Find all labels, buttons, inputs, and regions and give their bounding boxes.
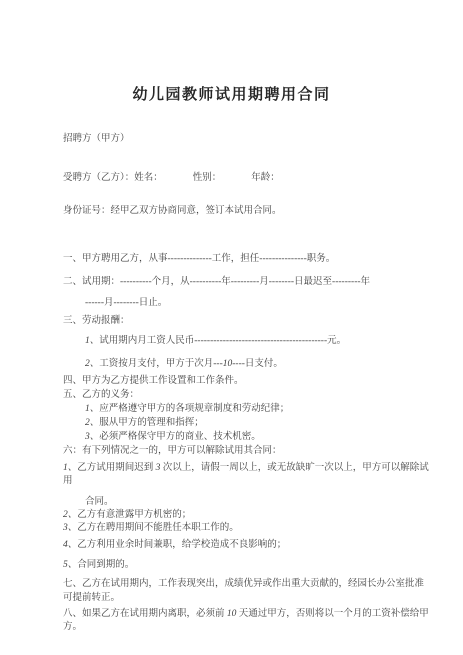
clause-3-item-2: 2、工资按月支付，甲方于次月---10----日支付。	[63, 358, 433, 371]
clause-6-item-3: 3、乙方在聘用期间不能胜任本职工作的。	[63, 522, 433, 535]
clause-6-item-1: 1、乙方试用期间迟到 3 次以上，请假一周以上，或无故缺旷一次以上，甲方可以解除…	[63, 462, 433, 488]
item-text: 必须严格保守甲方的商业、技术机密。	[99, 432, 261, 442]
clause-5-item-3: 3、必须严格保守甲方的商业、技术机密。	[63, 431, 433, 444]
clause-6-heading: 六：有下列情况之一的，甲方可以解除试用其合同：	[63, 445, 433, 458]
item-text: 应严格遵守甲方的各项规章制度和劳动纪律；	[99, 404, 289, 414]
clause-5-item-1: 1、应严格遵守甲方的各项规章制度和劳动纪律；	[63, 403, 433, 416]
item-text: 乙方利用业余时间兼职，给学校造成不良影响的；	[77, 540, 286, 550]
clause-6-item-5: 5、合同到期的。	[63, 559, 433, 572]
clause-4: 四、甲方为乙方提供工作设置和工作条件。	[63, 375, 433, 388]
contract-page: 幼儿园教师试用期聘用合同 招聘方（甲方） 受聘方（乙方）：姓名：性别：年龄： 身…	[0, 0, 463, 655]
item-marker: 2、	[63, 510, 77, 520]
clause-3-heading: 三、劳动报酬：	[63, 315, 433, 328]
clause-2-line-2: ------月--------日止。	[63, 297, 433, 310]
clause-3-item-1: 1、试用期内月工资人民币----------------------------…	[63, 335, 433, 348]
item-marker: 1、	[85, 404, 99, 414]
item-marker: 3、	[85, 432, 99, 442]
item-text: 乙方有意泄露甲方机密的；	[77, 510, 191, 520]
clause-6-item-4: 4、乙方利用业余时间兼职，给学校造成不良影响的；	[63, 539, 433, 552]
age-label: 年龄：	[251, 173, 280, 183]
gender-label: 性别：	[193, 173, 222, 183]
item-text: 试用期内月工资人民币------------------------------…	[99, 336, 346, 346]
employee-line: 受聘方（乙方）：姓名：性别：年龄：	[63, 172, 433, 185]
item-marker: 4、	[63, 540, 77, 550]
clause-5-item-2: 2、服从甲方的管理和指挥；	[63, 417, 433, 430]
item-text: 八、如果乙方在试用期内离职，必须前	[63, 609, 227, 619]
item-text: 服从甲方的管理和指挥；	[99, 418, 204, 428]
clause-6-item-2: 2、乙方有意泄露甲方机密的；	[63, 509, 433, 522]
item-text: 合同到期的。	[77, 560, 134, 570]
item-marker: 2、	[85, 359, 99, 369]
clause-6-item-1-continuation: 合同。	[63, 496, 433, 509]
clause-7: 七、乙方在试用期内，工作表现突出，成绩优异或作出重大贡献的，经园长办公室批准可提…	[63, 577, 433, 605]
item-marker: 2、	[85, 418, 99, 428]
item-marker: 3、	[63, 523, 77, 533]
clause-2-line-1: 二、试用期：----------个月，从----------年---------…	[63, 276, 433, 289]
item-marker: 1、	[63, 463, 77, 473]
item-text: 乙方在聘用期间不能胜任本职工作的。	[77, 523, 239, 533]
notice-days-number: 10	[227, 609, 237, 619]
recruiter-line: 招聘方（甲方）	[63, 133, 433, 146]
item-text: 工资按月支付，甲方于次月---	[99, 359, 223, 369]
item-text: ----日支付。	[232, 359, 283, 369]
item-marker: 5、	[63, 560, 77, 570]
document-title: 幼儿园教师试用期聘用合同	[0, 0, 463, 105]
clause-5-heading: 五、乙方的义务：	[63, 389, 433, 402]
pay-day-number: 10	[223, 359, 233, 369]
item-marker: 1、	[85, 336, 99, 346]
id-number-line: 身份证号：经甲乙双方协商同意，签订本试用合同。	[63, 205, 433, 218]
clause-1: 一、甲方聘用乙方，从事--------------工作，担任----------…	[63, 253, 433, 266]
item-text: 乙方试用期间迟到	[77, 463, 155, 473]
clause-8: 八、如果乙方在试用期内离职，必须前 10 天通过甲方，否则将以一个月的工资补偿给…	[63, 608, 433, 634]
employee-name-label: 受聘方（乙方）：姓名：	[63, 173, 163, 183]
